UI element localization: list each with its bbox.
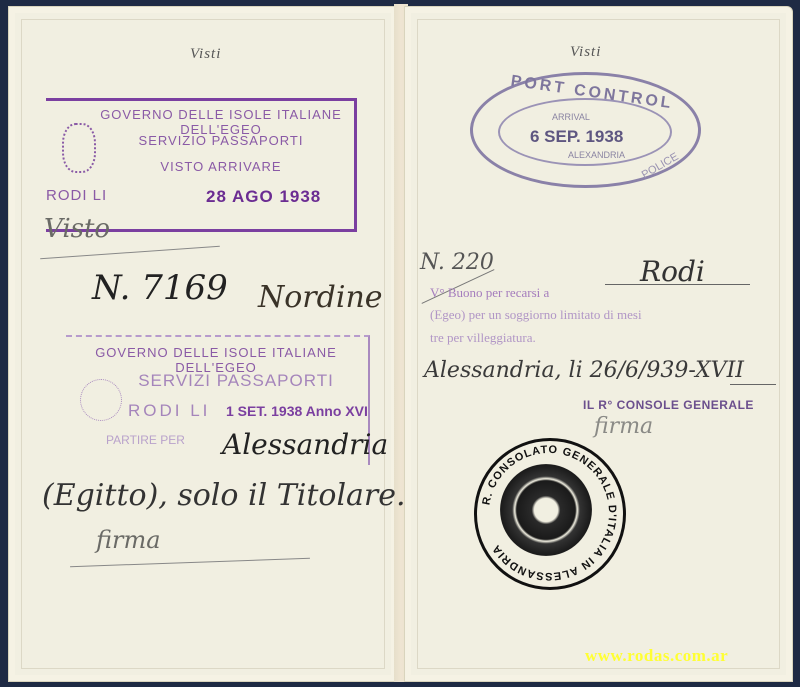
date-underline: [730, 384, 776, 385]
svg-text:R. CONSOLATO GENERALE D'ITALIA: R. CONSOLATO GENERALE D'ITALIA IN ALESSA…: [480, 444, 618, 582]
handwritten-note: (Egitto), solo il Titolare.: [42, 478, 406, 513]
handwritten-number: N. 220: [420, 250, 494, 275]
stamp-place: RODI LI: [128, 401, 210, 421]
seal-ring-text: R. CONSOLATO GENERALE D'ITALIA IN ALESSA…: [474, 438, 624, 588]
visa-text-line: V° Buono per recarsi a: [430, 285, 549, 301]
handwritten-word: Nordine: [258, 280, 383, 315]
stamp-line: VISTO ARRIVARE: [86, 159, 356, 174]
stamp-inner-label: ARRIVAL: [552, 112, 590, 122]
handwritten-signature: Visto: [44, 214, 110, 244]
rodi-arrival-stamp: GOVERNO DELLE ISOLE ITALIANE DELL'EGEO S…: [46, 98, 357, 232]
visa-text-line: (Egeo) per un soggiorno limitato di mesi: [430, 307, 642, 323]
stamp-line: PARTIRE PER: [106, 433, 185, 447]
stamp-line: SERVIZIO PASSAPORTI: [86, 133, 356, 148]
consul-stamp: IL R° CONSOLE GENERALE: [583, 398, 754, 412]
handwritten-destination: Alessandria: [222, 428, 388, 461]
stamp-date: 28 AGO 1938: [206, 187, 321, 207]
stamp-date: 6 SEP. 1938: [530, 127, 623, 147]
handwritten-place-date: Alessandria, li 26/6/939-XVII: [424, 358, 744, 383]
visa-text-line: tre per villeggiatura.: [430, 330, 536, 346]
stamp-date: 1 SET. 1938 Anno XVI: [226, 403, 368, 419]
stamp-place: RODI LI: [46, 187, 107, 204]
consul-signature: firma: [594, 414, 653, 439]
right-page-heading: Visti: [570, 44, 601, 61]
handwritten-number: N. 7169: [92, 268, 228, 308]
blank-line: [605, 284, 750, 285]
handwritten-signature: firma: [96, 526, 161, 554]
left-page-heading: Visti: [190, 46, 221, 63]
stamp-line: SERVIZI PASSAPORTI: [86, 371, 386, 391]
website-watermark: www.rodas.com.ar: [585, 646, 728, 666]
stamp-inner-bottom: ALEXANDRIA: [568, 150, 625, 160]
